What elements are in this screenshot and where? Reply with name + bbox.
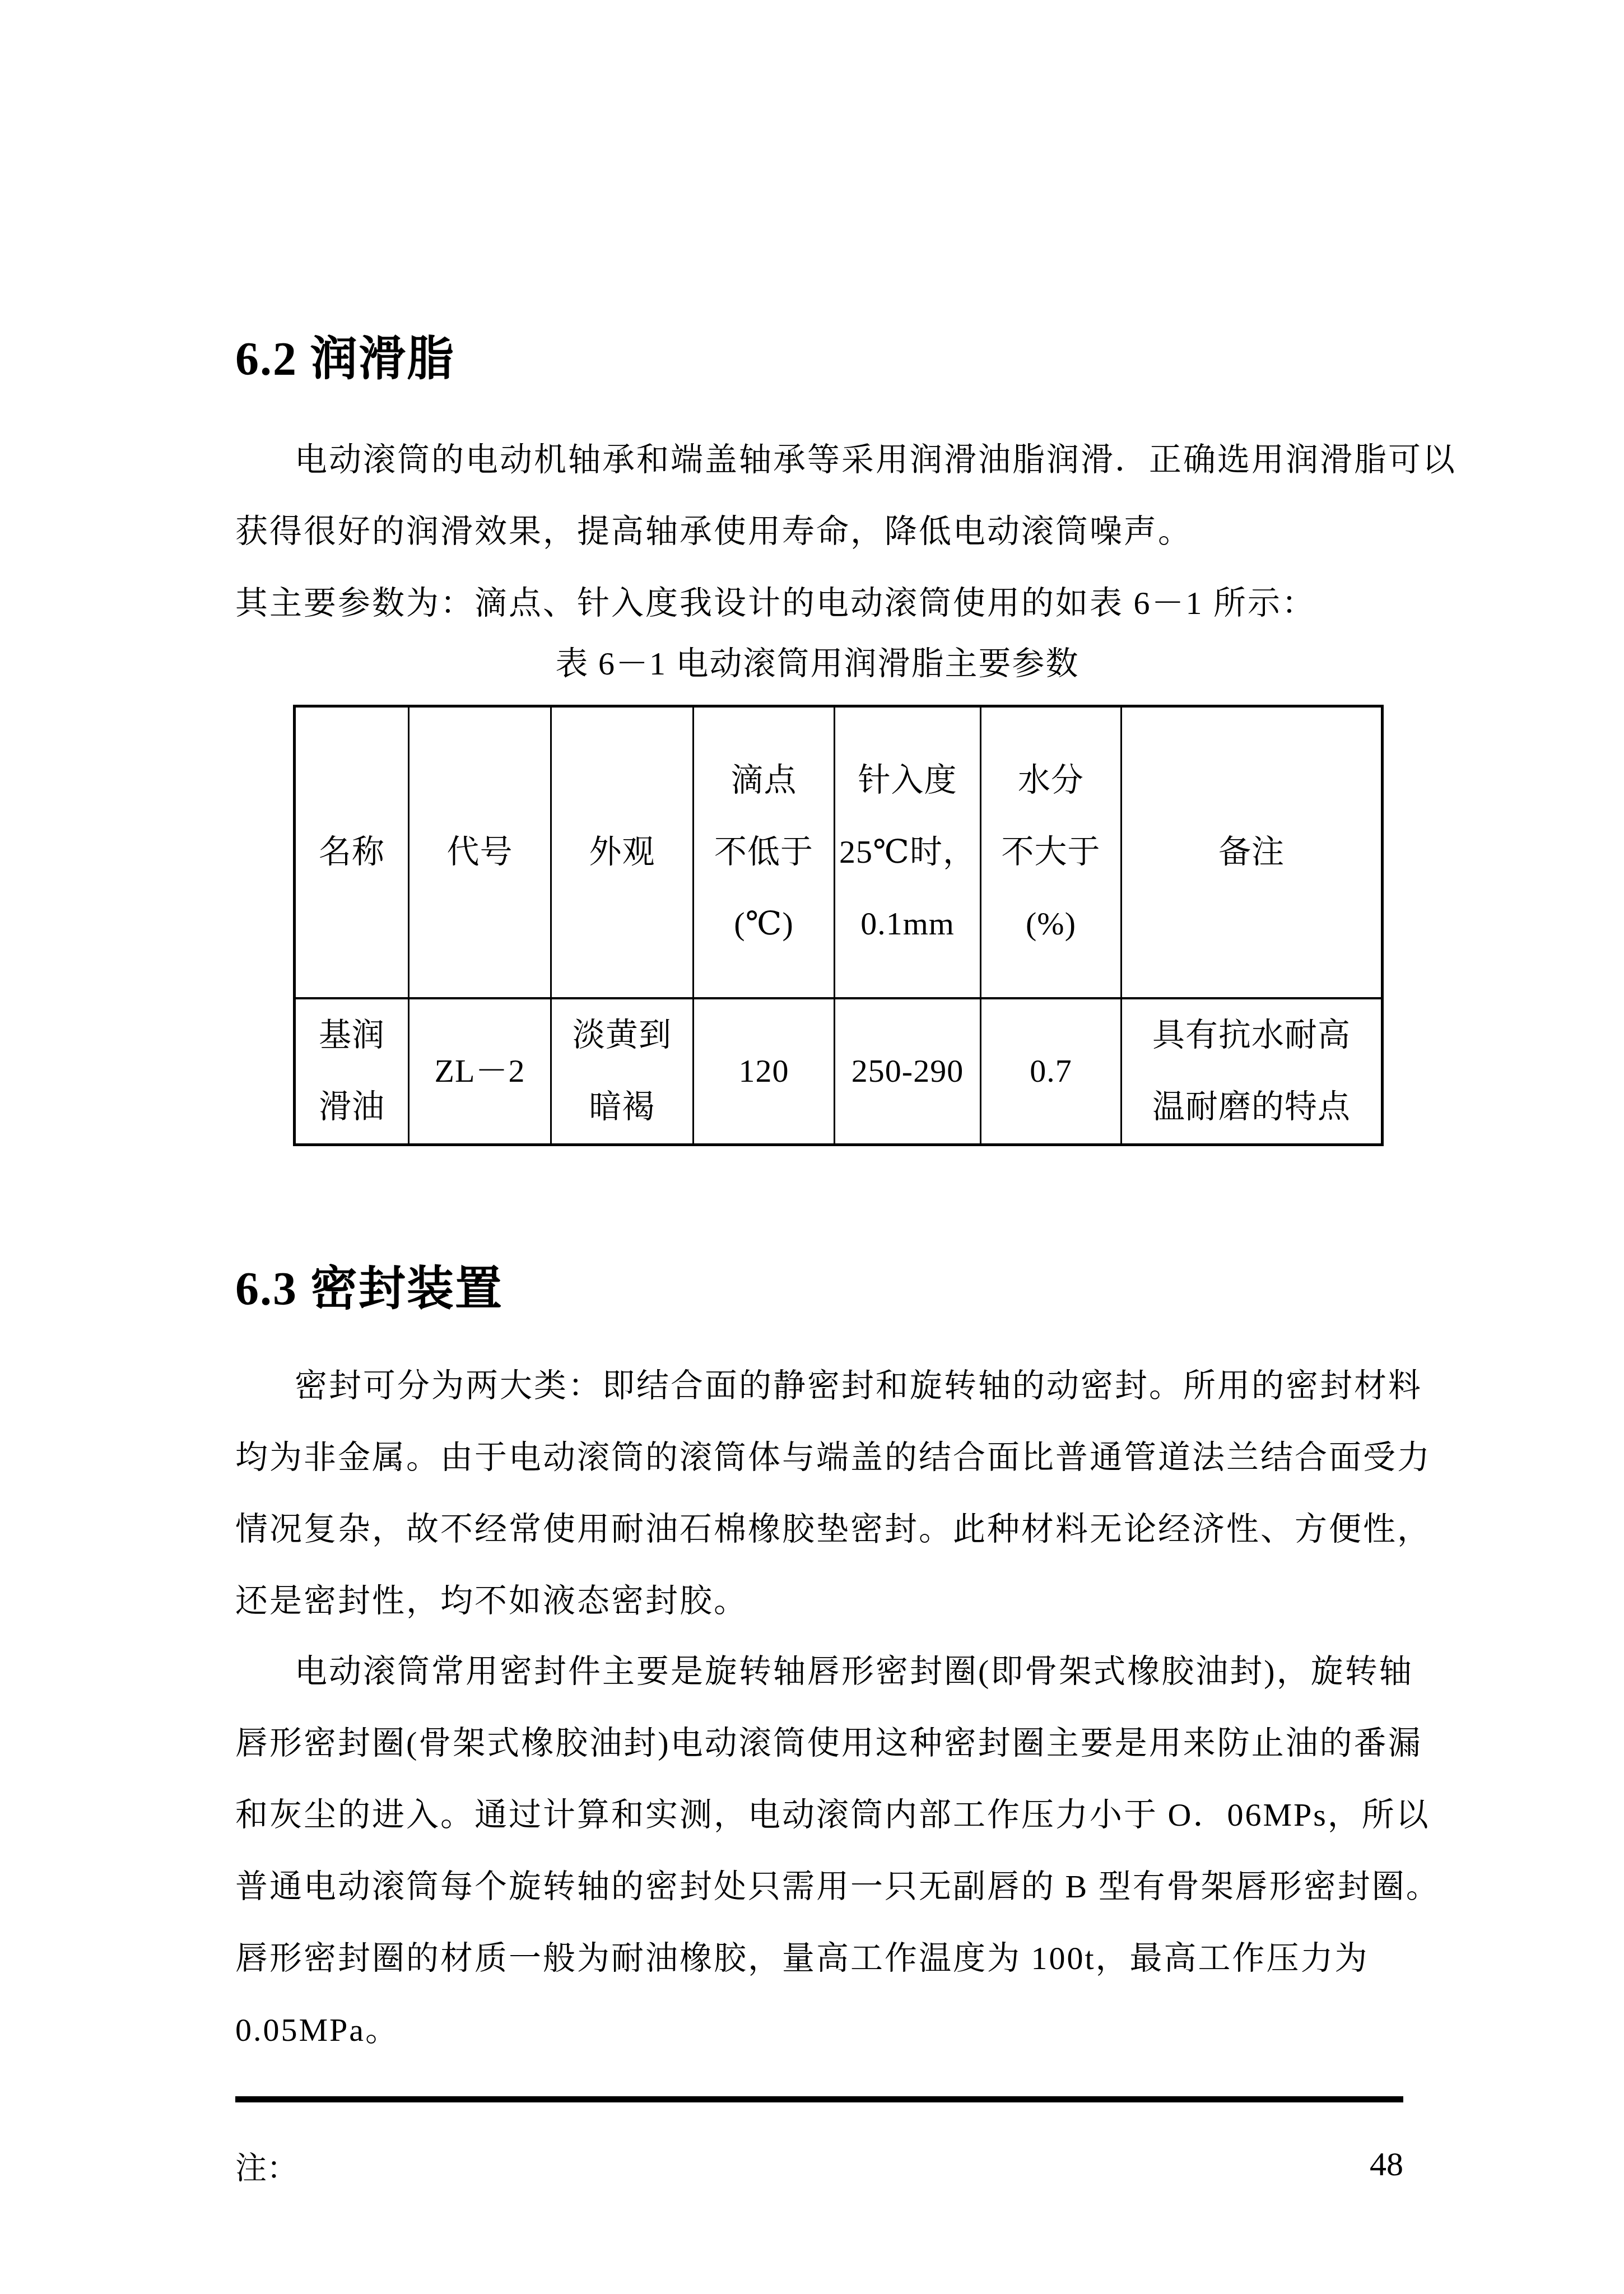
cell-line: 0.1mm (835, 888, 980, 960)
cell-line: 滑油 (296, 1071, 408, 1143)
cell-line: 滴点 (694, 744, 834, 816)
header-cell-remarks: 备注 (1122, 706, 1383, 998)
cell-line: 具有抗水耐高 (1122, 999, 1381, 1071)
cell-line: 针入度 (835, 744, 980, 816)
text-line: 和灰尘的进入。通过计算和实测，电动滚筒内部工作压力小于 O．06MPs，所以 (235, 1779, 1399, 1851)
section-heading-6-3: 6.3 密封装置 (235, 1262, 503, 1318)
cell-line: 0.7 (981, 1035, 1120, 1107)
cell-line: 基润 (296, 999, 408, 1071)
text-line: 唇形密封圈(骨架式橡胶油封)电动滚筒使用这种密封圈主要是用来防止油的番漏 (235, 1707, 1399, 1779)
table-header-row: 名称 代号 外观 滴点 不低于 (℃) 针入度 25℃时， 0.1mm (295, 706, 1383, 998)
table-data-row: 基润 滑油 ZL－2 淡黄到 暗褐 120 250-290 0.7 (295, 998, 1383, 1145)
cell-line: 名称 (296, 816, 408, 888)
cell-line: ZL－2 (410, 1035, 550, 1107)
cell-line: 120 (694, 1035, 834, 1107)
cell-line: 不大于 (981, 816, 1120, 888)
footer-divider (235, 2096, 1403, 2102)
grease-parameters-table: 名称 代号 外观 滴点 不低于 (℃) 针入度 25℃时， 0.1mm (293, 705, 1384, 1146)
cell-line: 25℃时， (835, 816, 980, 888)
cell-drop-point: 120 (694, 998, 835, 1145)
text-line: 唇形密封圈的材质一般为耐油橡胶，量高工作温度为 100t，最高工作压力为 (235, 1923, 1399, 1994)
header-cell-moisture: 水分 不大于 (%) (981, 706, 1122, 998)
text-line: 获得很好的润滑效果，提高轴承使用寿命，降低电动滚筒噪声。 (235, 496, 1399, 567)
paragraph-seal-types: 密封可分为两大类：即结合面的静密封和旋转轴的动密封。所用的密封材料 均为非金属。… (235, 1350, 1399, 1637)
text-line: 0.05MPa。 (235, 1994, 1399, 2066)
text-line: 情况复杂，故不经常使用耐油石棉橡胶垫密封。此种材料无论经济性、方便性， (235, 1493, 1399, 1565)
text-line: 电动滚筒的电动机轴承和端盖轴承等采用润滑油脂润滑．正确选用润滑脂可以 (235, 424, 1399, 496)
cell-line: 水分 (981, 744, 1120, 816)
text-line: 还是密封性，均不如液态密封胶。 (235, 1565, 1399, 1637)
cell-line: 淡黄到 (552, 999, 692, 1071)
footnote-label: 注： (235, 2143, 298, 2194)
document-page: 6.2 润滑脂 电动滚筒的电动机轴承和端盖轴承等采用润滑油脂润滑．正确选用润滑脂… (0, 0, 1624, 2294)
cell-line: 不低于 (694, 816, 834, 888)
cell-code: ZL－2 (409, 998, 551, 1145)
header-cell-appearance: 外观 (551, 706, 694, 998)
cell-line: (%) (981, 888, 1120, 960)
paragraph-seal-ring: 电动滚筒常用密封件主要是旋转轴唇形密封圈(即骨架式橡胶油封)，旋转轴 唇形密封圈… (235, 1636, 1399, 2066)
header-cell-name: 名称 (295, 706, 409, 998)
cell-appearance: 淡黄到 暗褐 (551, 998, 694, 1145)
header-cell-code: 代号 (409, 706, 551, 998)
cell-line: 暗褐 (552, 1071, 692, 1143)
page-number: 48 (1370, 2139, 1403, 2189)
cell-moisture: 0.7 (981, 998, 1122, 1145)
text-line: 其主要参数为：滴点、针入度我设计的电动滚筒使用的如表 6－1 所示： (235, 567, 1399, 639)
section-heading-6-2: 6.2 润滑脂 (235, 332, 455, 388)
text-line: 普通电动滚筒每个旋转轴的密封处只需用一只无副唇的 B 型有骨架唇形密封圈。 (235, 1851, 1399, 1923)
cell-remarks: 具有抗水耐高 温耐磨的特点 (1122, 998, 1383, 1145)
cell-line: 备注 (1122, 816, 1381, 888)
cell-line: 250-290 (835, 1035, 980, 1107)
text-line: 电动滚筒常用密封件主要是旋转轴唇形密封圈(即骨架式橡胶油封)，旋转轴 (235, 1636, 1399, 1707)
text-line: 均为非金属。由于电动滚筒的滚筒体与端盖的结合面比普通管道法兰结合面受力 (235, 1422, 1399, 1493)
cell-line: 代号 (410, 816, 550, 888)
cell-line: (℃) (694, 888, 834, 960)
paragraph-grease-intro: 电动滚筒的电动机轴承和端盖轴承等采用润滑油脂润滑．正确选用润滑脂可以 获得很好的… (235, 424, 1399, 639)
table-caption: 表 6－1 电动滚筒用润滑脂主要参数 (235, 644, 1399, 683)
text-line: 密封可分为两大类：即结合面的静密封和旋转轴的动密封。所用的密封材料 (235, 1350, 1399, 1422)
cell-line: 外观 (552, 816, 692, 888)
cell-line: 温耐磨的特点 (1122, 1071, 1381, 1143)
cell-penetration: 250-290 (835, 998, 981, 1145)
cell-name: 基润 滑油 (295, 998, 409, 1145)
header-cell-drop-point: 滴点 不低于 (℃) (694, 706, 835, 998)
header-cell-penetration: 针入度 25℃时， 0.1mm (835, 706, 981, 998)
